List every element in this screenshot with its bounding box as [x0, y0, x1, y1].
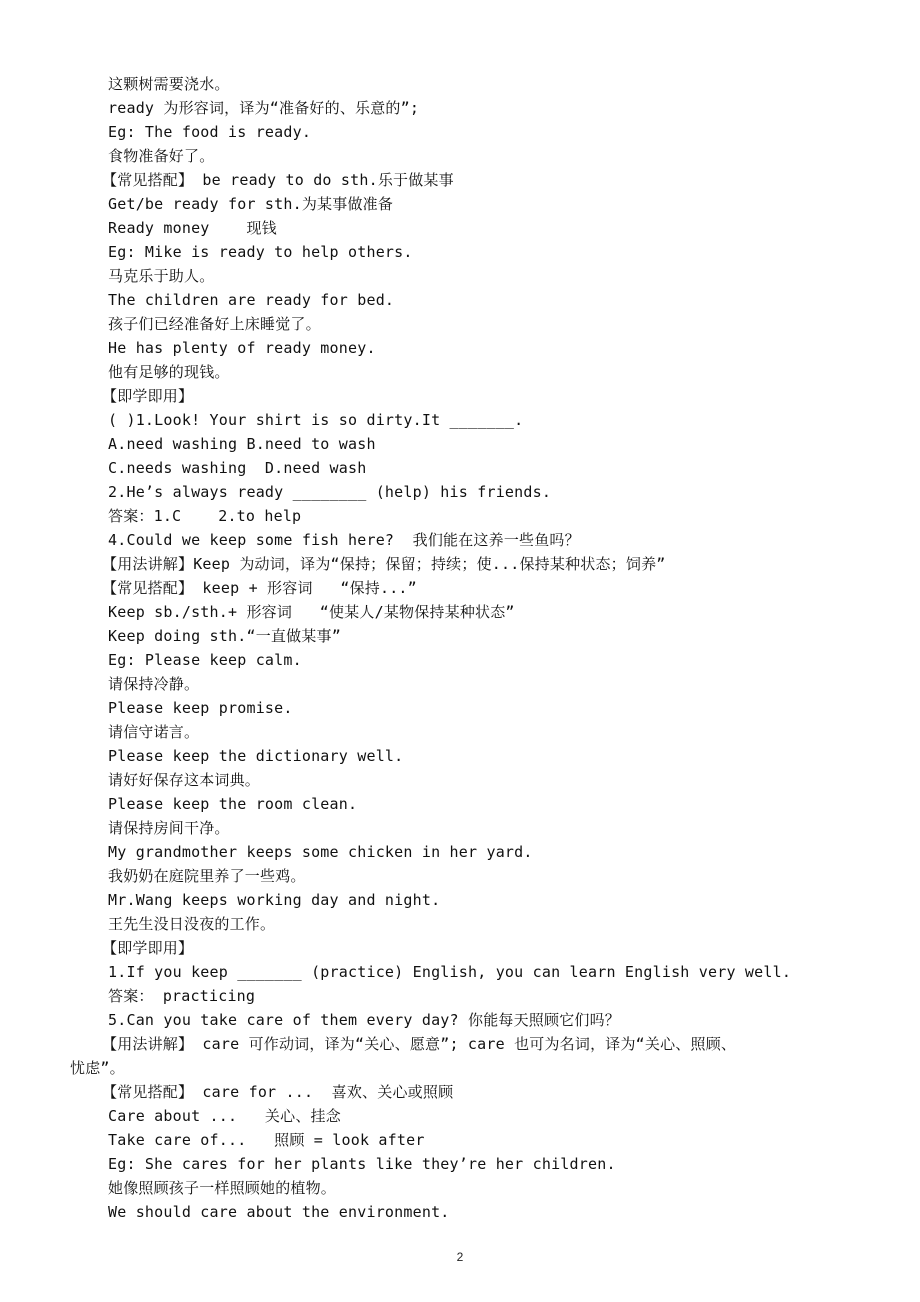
text-line: C.needs washing D.need wash: [108, 456, 366, 480]
text-line: Please keep the room clean.: [108, 792, 357, 816]
text-line: 食物准备好了。: [108, 144, 214, 168]
text-line: 2.He’s always ready ________ (help) his …: [108, 480, 551, 504]
text-line: 请信守诺言。: [108, 720, 199, 744]
text-line: Eg: Mike is ready to help others.: [108, 240, 413, 264]
text-line: Get/be ready for sth.为某事做准备: [108, 192, 393, 216]
text-line: 她像照顾孩子一样照顾她的植物。: [108, 1176, 336, 1200]
text-line: 请保持房间干净。: [108, 816, 230, 840]
text-line: 【常见搭配】 be ready to do sth.乐于做某事: [102, 168, 454, 192]
text-line: He has plenty of ready money.: [108, 336, 376, 360]
text-line: 答案：1.C 2.to help: [108, 504, 301, 528]
text-line: 答案： practicing: [108, 984, 255, 1008]
text-line: 这颗树需要浇水。: [108, 72, 230, 96]
text-line: Eg: She cares for her plants like they’r…: [108, 1152, 616, 1176]
text-line: 4.Could we keep some fish here? 我们能在这养一些…: [108, 528, 580, 552]
document-page: 这颗树需要浇水。ready 为形容词，译为“准备好的、乐意的”;Eg: The …: [0, 0, 920, 1302]
text-line: 忧虑”。: [70, 1056, 125, 1080]
text-line: 【常见搭配】 care for ... 喜欢、关心或照顾: [102, 1080, 453, 1104]
text-line: The children are ready for bed.: [108, 288, 394, 312]
text-line: 5.Can you take care of them every day? 你…: [108, 1008, 620, 1032]
text-line: Please keep the dictionary well.: [108, 744, 403, 768]
text-line: 【用法讲解】 care 可作动词，译为“关心、愿意”; care 也可为名词，译…: [102, 1032, 736, 1056]
text-line: 王先生没日没夜的工作。: [108, 912, 275, 936]
text-line: Keep doing sth.“一直做某事”: [108, 624, 341, 648]
text-line: Eg: The food is ready.: [108, 120, 311, 144]
text-line: 孩子们已经准备好上床睡觉了。: [108, 312, 321, 336]
text-line: Eg: Please keep calm.: [108, 648, 302, 672]
text-line: 【常见搭配】 keep + 形容词 “保持...”: [102, 576, 417, 600]
text-line: 【即学即用】: [102, 384, 193, 408]
text-line: 马克乐于助人。: [108, 264, 214, 288]
text-line: Please keep promise.: [108, 696, 293, 720]
text-line: My grandmother keeps some chicken in her…: [108, 840, 533, 864]
text-line: ( )1.Look! Your shirt is so dirty.It ___…: [108, 408, 523, 432]
text-line: 【用法讲解】Keep 为动词，译为“保持；保留；持续；使...保持某种状态；饲养…: [102, 552, 666, 576]
text-line: 1.If you keep _______ (practice) English…: [108, 960, 791, 984]
text-line: A.need washing B.need to wash: [108, 432, 376, 456]
text-line: ready 为形容词，译为“准备好的、乐意的”;: [108, 96, 419, 120]
text-line: Mr.Wang keeps working day and night.: [108, 888, 440, 912]
text-line: Care about ... 关心、挂念: [108, 1104, 341, 1128]
text-line: 【即学即用】: [102, 936, 193, 960]
text-line: 请好好保存这本词典。: [108, 768, 260, 792]
text-line: Keep sb./sth.+ 形容词 “使某人/某物保持某种状态”: [108, 600, 515, 624]
text-line: 我奶奶在庭院里养了一些鸡。: [108, 864, 306, 888]
text-line: We should care about the environment.: [108, 1200, 450, 1224]
page-number: 2: [0, 1250, 920, 1264]
text-line: Ready money 现钱: [108, 216, 277, 240]
text-line: Take care of... 照顾 = look after: [108, 1128, 425, 1152]
text-line: 请保持冷静。: [108, 672, 199, 696]
text-line: 他有足够的现钱。: [108, 360, 230, 384]
